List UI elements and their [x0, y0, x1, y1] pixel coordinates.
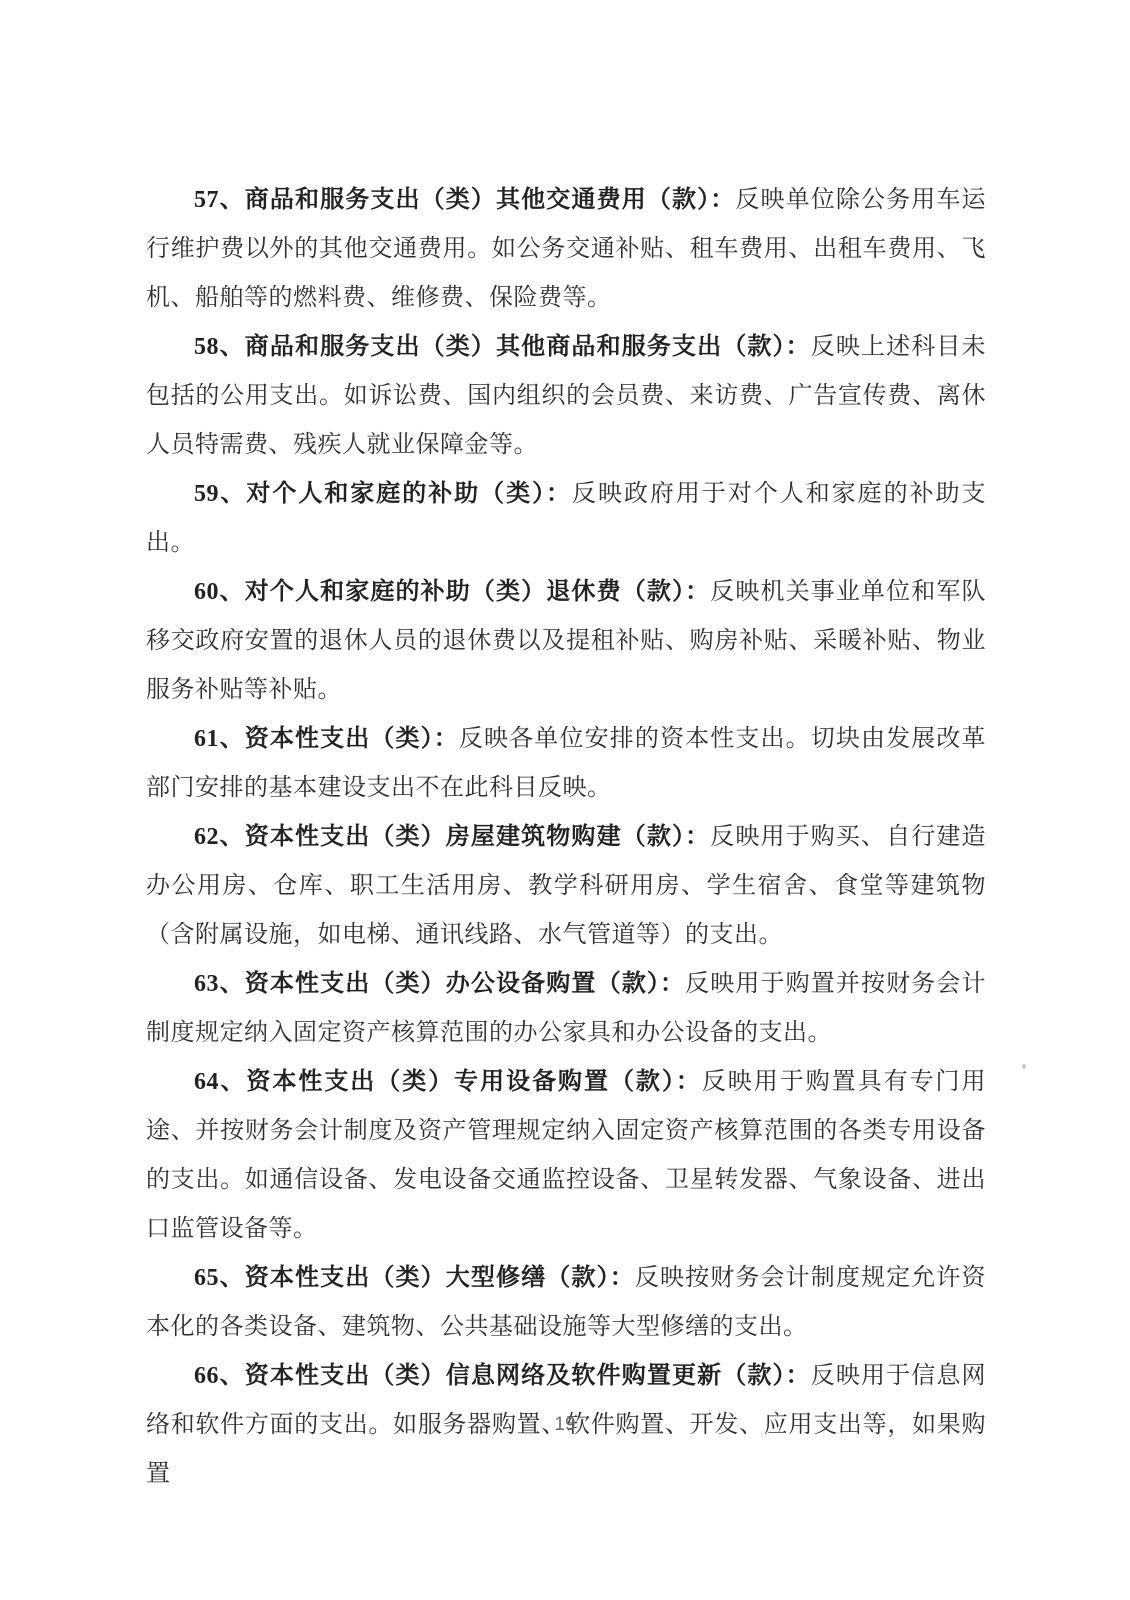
paragraph-heading: 64、资本性支出（类）专用设备购置（款）：	[194, 1069, 702, 1095]
paragraph-list: 57、商品和服务支出（类）其他交通费用（款）：反映单位除公务用车运行维护费以外的…	[146, 176, 986, 1499]
paragraph: 58、商品和服务支出（类）其他商品和服务支出（款）：反映上述科目未包括的公用支出…	[146, 323, 986, 470]
paragraph: 59、对个人和家庭的补助（类）：反映政府用于对个人和家庭的补助支出。	[146, 470, 986, 568]
paragraph-heading: 66、资本性支出（类）信息网络及软件购置更新（款）：	[194, 1363, 811, 1389]
scan-artifact	[1022, 1064, 1026, 1069]
paragraph: 65、资本性支出（类）大型修缮（款）：反映按财务会计制度规定允许资本化的各类设备…	[146, 1254, 986, 1352]
page-number: 19	[0, 1414, 1130, 1436]
paragraph-heading: 62、资本性支出（类）房屋建筑物购建（款）：	[194, 824, 710, 850]
paragraph-heading: 61、资本性支出（类）：	[194, 726, 459, 752]
paragraph-heading: 65、资本性支出（类）大型修缮（款）：	[194, 1265, 635, 1291]
paragraph: 63、资本性支出（类）办公设备购置（款）：反映用于购置并按财务会计制度规定纳入固…	[146, 960, 986, 1058]
paragraph: 61、资本性支出（类）：反映各单位安排的资本性支出。切块由发展改革部门安排的基本…	[146, 715, 986, 813]
paragraph-heading: 60、对个人和家庭的补助（类）退休费（款）：	[194, 579, 710, 605]
paragraph: 64、资本性支出（类）专用设备购置（款）：反映用于购置具有专门用途、并按财务会计…	[146, 1058, 986, 1254]
paragraph: 62、资本性支出（类）房屋建筑物购建（款）：反映用于购买、自行建造办公用房、仓库…	[146, 813, 986, 960]
paragraph-heading: 63、资本性支出（类）办公设备购置（款）：	[194, 971, 685, 997]
paragraph-heading: 58、商品和服务支出（类）其他商品和服务支出（款）：	[194, 334, 811, 360]
paragraph: 57、商品和服务支出（类）其他交通费用（款）：反映单位除公务用车运行维护费以外的…	[146, 176, 986, 323]
paragraph-heading: 59、对个人和家庭的补助（类）：	[194, 481, 572, 507]
document-page: 57、商品和服务支出（类）其他交通费用（款）：反映单位除公务用车运行维护费以外的…	[0, 0, 1130, 1600]
paragraph: 60、对个人和家庭的补助（类）退休费（款）：反映机关事业单位和军队移交政府安置的…	[146, 568, 986, 715]
paragraph-heading: 57、商品和服务支出（类）其他交通费用（款）：	[194, 187, 735, 213]
